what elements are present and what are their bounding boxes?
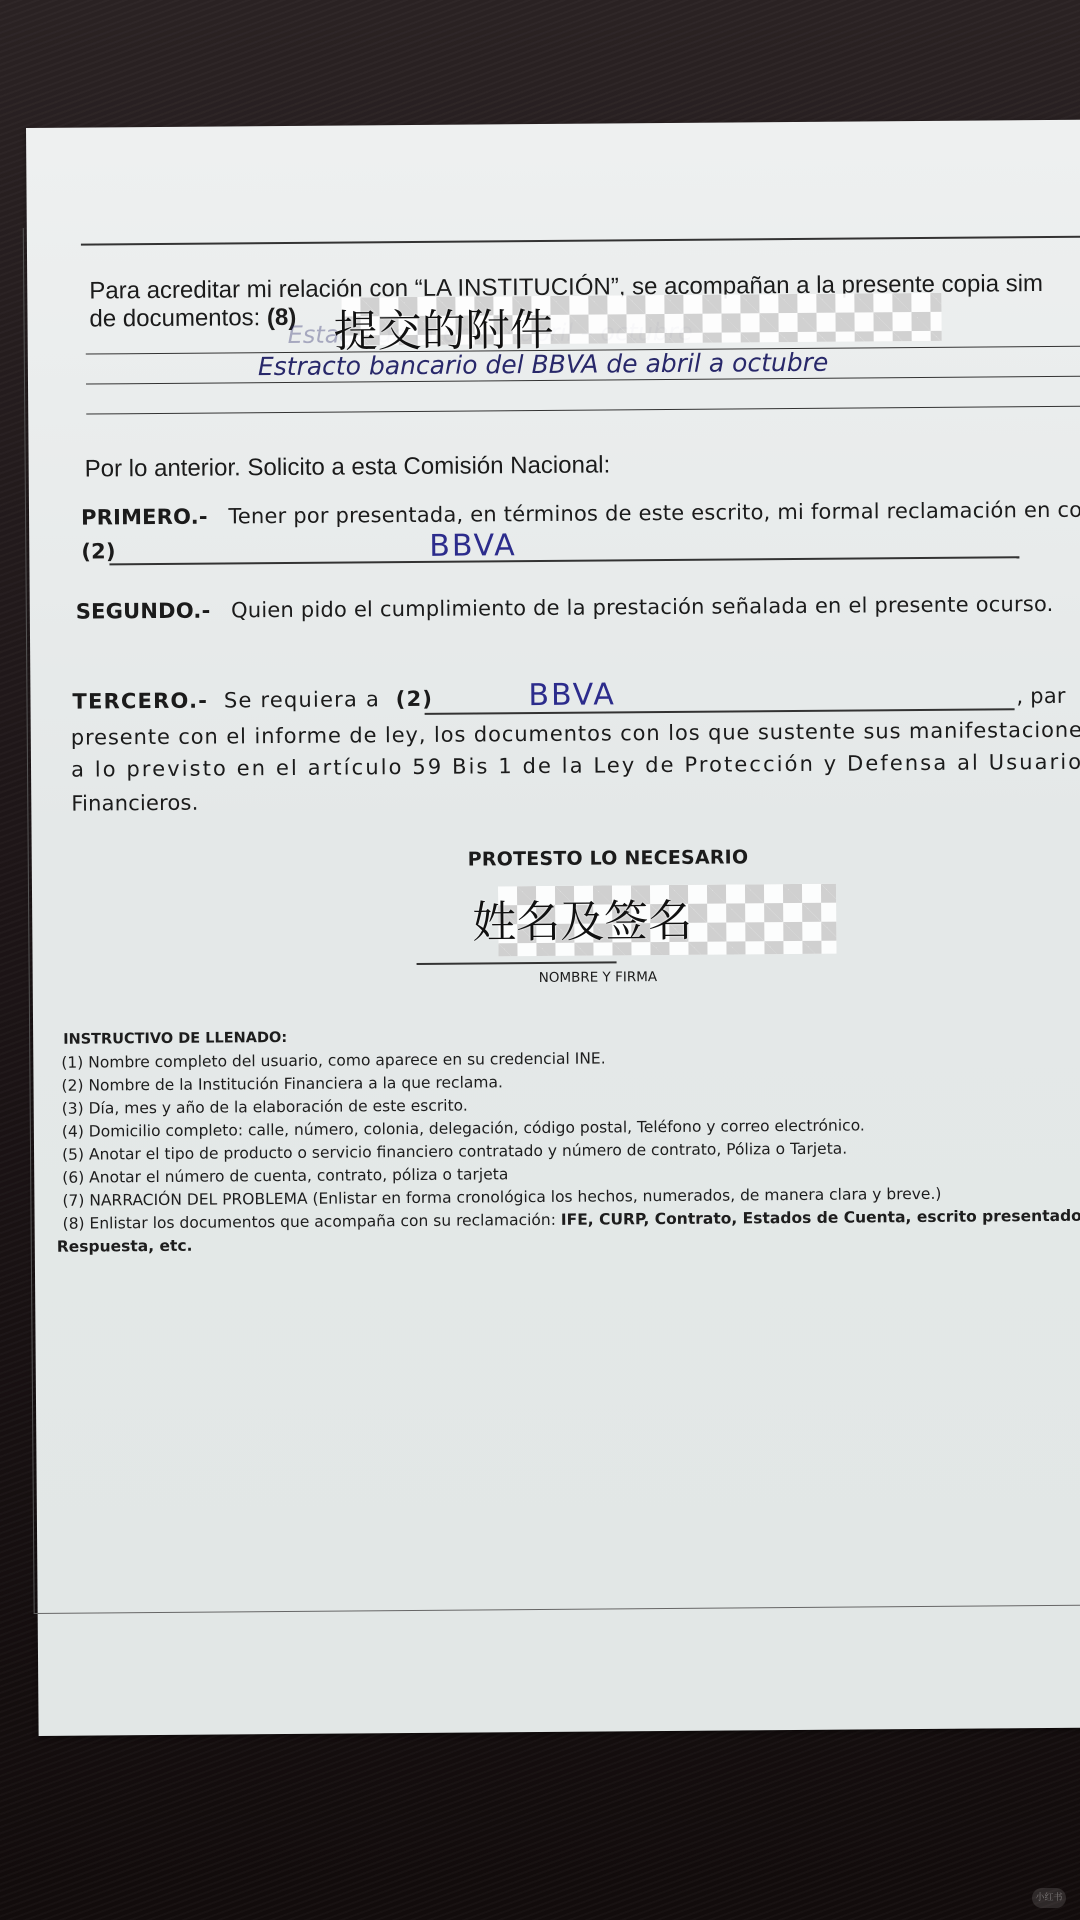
tercero-text-before: Se requiera a <box>224 687 380 712</box>
protesto-heading: PROTESTO LO NECESARIO <box>468 846 749 870</box>
attach-paragraph-line2: de documentos: (8) <box>89 304 296 334</box>
instruction-8-continuation: Respuesta, etc. <box>57 1237 193 1256</box>
tercero-handwritten-institution[interactable]: BBVA <box>528 677 616 713</box>
instruction-item: (6) Anotar el número de cuenta, contrato… <box>62 1165 508 1187</box>
document-page: Para acreditar mi relación con “LA INSTI… <box>26 120 1080 1736</box>
tercero-label: TERCERO.- <box>72 689 208 714</box>
instructions-title: INSTRUCTIVO DE LLENADO: <box>63 1030 287 1048</box>
tercero-line4: Financieros. <box>71 791 198 816</box>
primero-label: PRIMERO.- <box>81 505 208 530</box>
tercero-ref: (2) <box>396 687 434 711</box>
segundo-label: SEGUNDO.- <box>76 599 211 624</box>
app-watermark: 小红书 <box>1032 1888 1066 1908</box>
primero-handwritten-institution[interactable]: BBVA <box>429 528 517 564</box>
tercero-line1: TERCERO.- Se requiera a (2) <box>72 687 433 714</box>
instruction-item: (2) Nombre de la Institución Financiera … <box>61 1073 502 1094</box>
tercero-text-after: , par <box>1016 684 1065 708</box>
primero-ref: (2) <box>81 539 116 563</box>
attachments-overlay-label: 提交的附件 <box>333 294 553 360</box>
request-intro: Por lo anterior. Solicito a esta Comisió… <box>85 451 611 483</box>
signature-overlay-label: 姓名及签名 <box>472 885 692 951</box>
attach-prefix: de documentos: <box>89 304 267 332</box>
signature-caption: NOMBRE Y FIRMA <box>539 969 658 986</box>
instruction-item: (3) Día, mes y año de la elaboración de … <box>62 1097 468 1118</box>
